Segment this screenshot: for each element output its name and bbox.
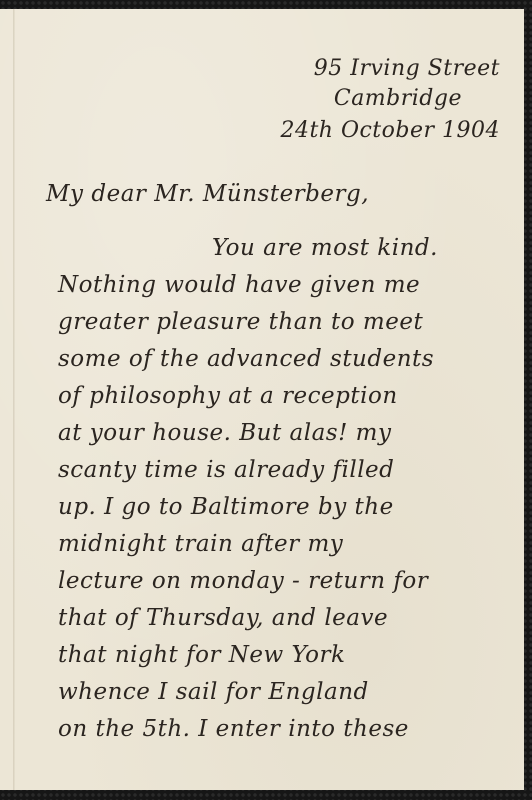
- address-line-1: 95 Irving Street: [314, 55, 500, 83]
- body-line: some of the advanced students: [58, 346, 434, 373]
- body-line: whence I sail for England: [58, 679, 369, 706]
- body-line: that night for New York: [58, 642, 345, 669]
- body-line: on the 5th. I enter into these: [58, 716, 409, 743]
- body-line: up. I go to Baltimore by the: [58, 494, 394, 521]
- body-line: greater pleasure than to meet: [58, 309, 423, 336]
- letter-date: 24th October 1904: [280, 117, 500, 145]
- body-line: midnight train after my: [58, 531, 343, 558]
- body-line: You are most kind.: [212, 235, 438, 262]
- address-line-2: Cambridge: [334, 85, 462, 113]
- body-line: of philosophy at a reception: [58, 383, 398, 410]
- scan-frame: 95 Irving Street Cambridge 24th October …: [0, 0, 532, 800]
- body-line: at your house. But alas! my: [58, 420, 391, 447]
- body-line: that of Thursday, and leave: [58, 605, 388, 632]
- fold-line: [13, 9, 15, 790]
- body-line: Nothing would have given me: [58, 272, 420, 299]
- body-line: scanty time is already filled: [58, 457, 394, 484]
- salutation: My dear Mr. Münsterberg,: [46, 181, 369, 208]
- letter-page: 95 Irving Street Cambridge 24th October …: [0, 9, 524, 790]
- body-line: lecture on monday - return for: [58, 568, 428, 595]
